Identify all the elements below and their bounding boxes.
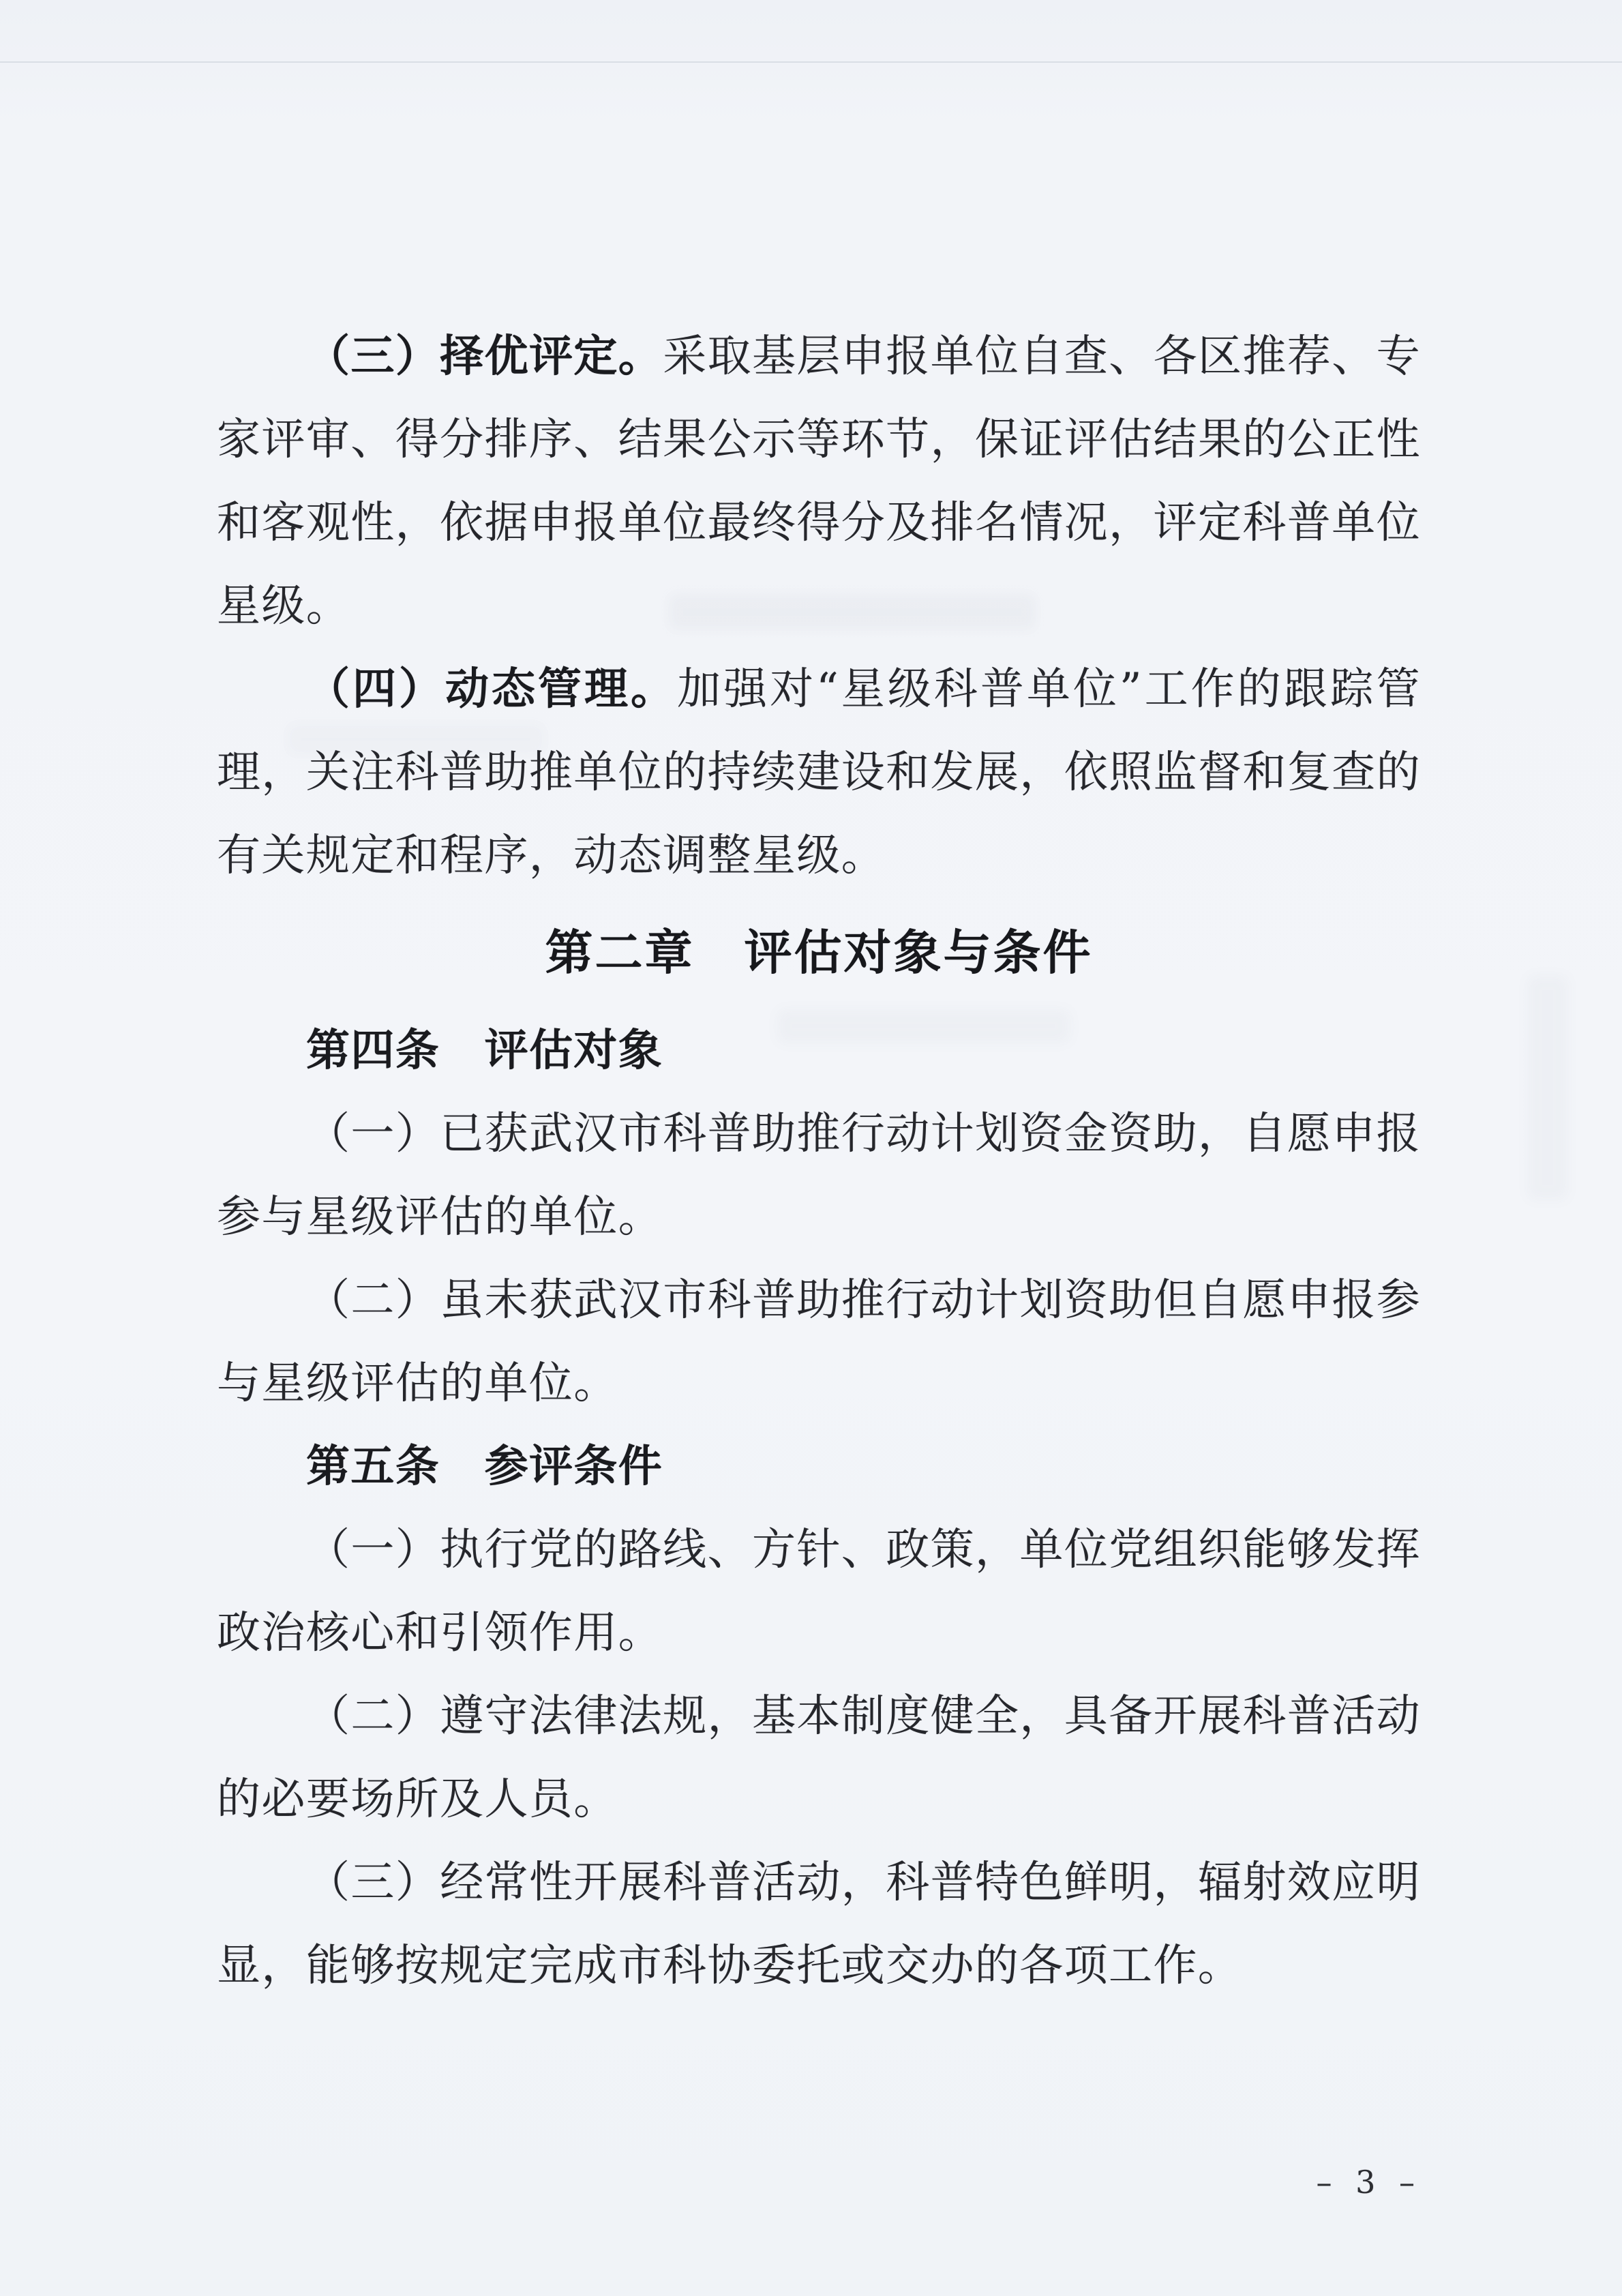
scan-artifact-line <box>0 61 1622 63</box>
page-number: – 3 – <box>1316 2163 1422 2201</box>
document-page: （三）择优评定。采取基层申报单位自查、各区推荐、专家评审、得分排序、结果公示等环… <box>0 0 1622 2296</box>
paragraph-lead: （四）动态管理。 <box>306 664 677 715</box>
paragraph-lead: （三）择优评定。 <box>306 331 663 382</box>
paragraph-item-1: （一）执行党的路线、方针、政策，单位党组织能够发挥政治核心和引领作用。 <box>217 1508 1421 1675</box>
paragraph-item-1: （一）已获武汉市科普助推行动计划资金资助，自愿申报参与星级评估的单位。 <box>217 1092 1421 1259</box>
paragraph-item-2: （二）虽未获武汉市科普助推行动计划资助但自愿申报参与星级评估的单位。 <box>217 1259 1421 1425</box>
paragraph-item-3: （三）择优评定。采取基层申报单位自查、各区推荐、专家评审、得分排序、结果公示等环… <box>217 315 1421 648</box>
bleed-through-artifact <box>1527 975 1568 1200</box>
paragraph-item-2: （二）遵守法律法规，基本制度健全，具备开展科普活动的必要场所及人员。 <box>217 1675 1421 1841</box>
document-body: （三）择优评定。采取基层申报单位自查、各区推荐、专家评审、得分排序、结果公示等环… <box>217 315 1421 2008</box>
paragraph-item-3: （三）经常性开展科普活动，科普特色鲜明，辐射效应明显，能够按规定完成市科协委托或… <box>217 1841 1421 2008</box>
article-4-heading: 第四条 评估对象 <box>217 1009 1421 1092</box>
paragraph-item-4: （四）动态管理。加强对“星级科普单位”工作的跟踪管理，关注科普助推单位的持续建设… <box>217 648 1421 897</box>
article-5-heading: 第五条 参评条件 <box>217 1425 1421 1508</box>
chapter-heading: 第二章 评估对象与条件 <box>217 911 1421 994</box>
